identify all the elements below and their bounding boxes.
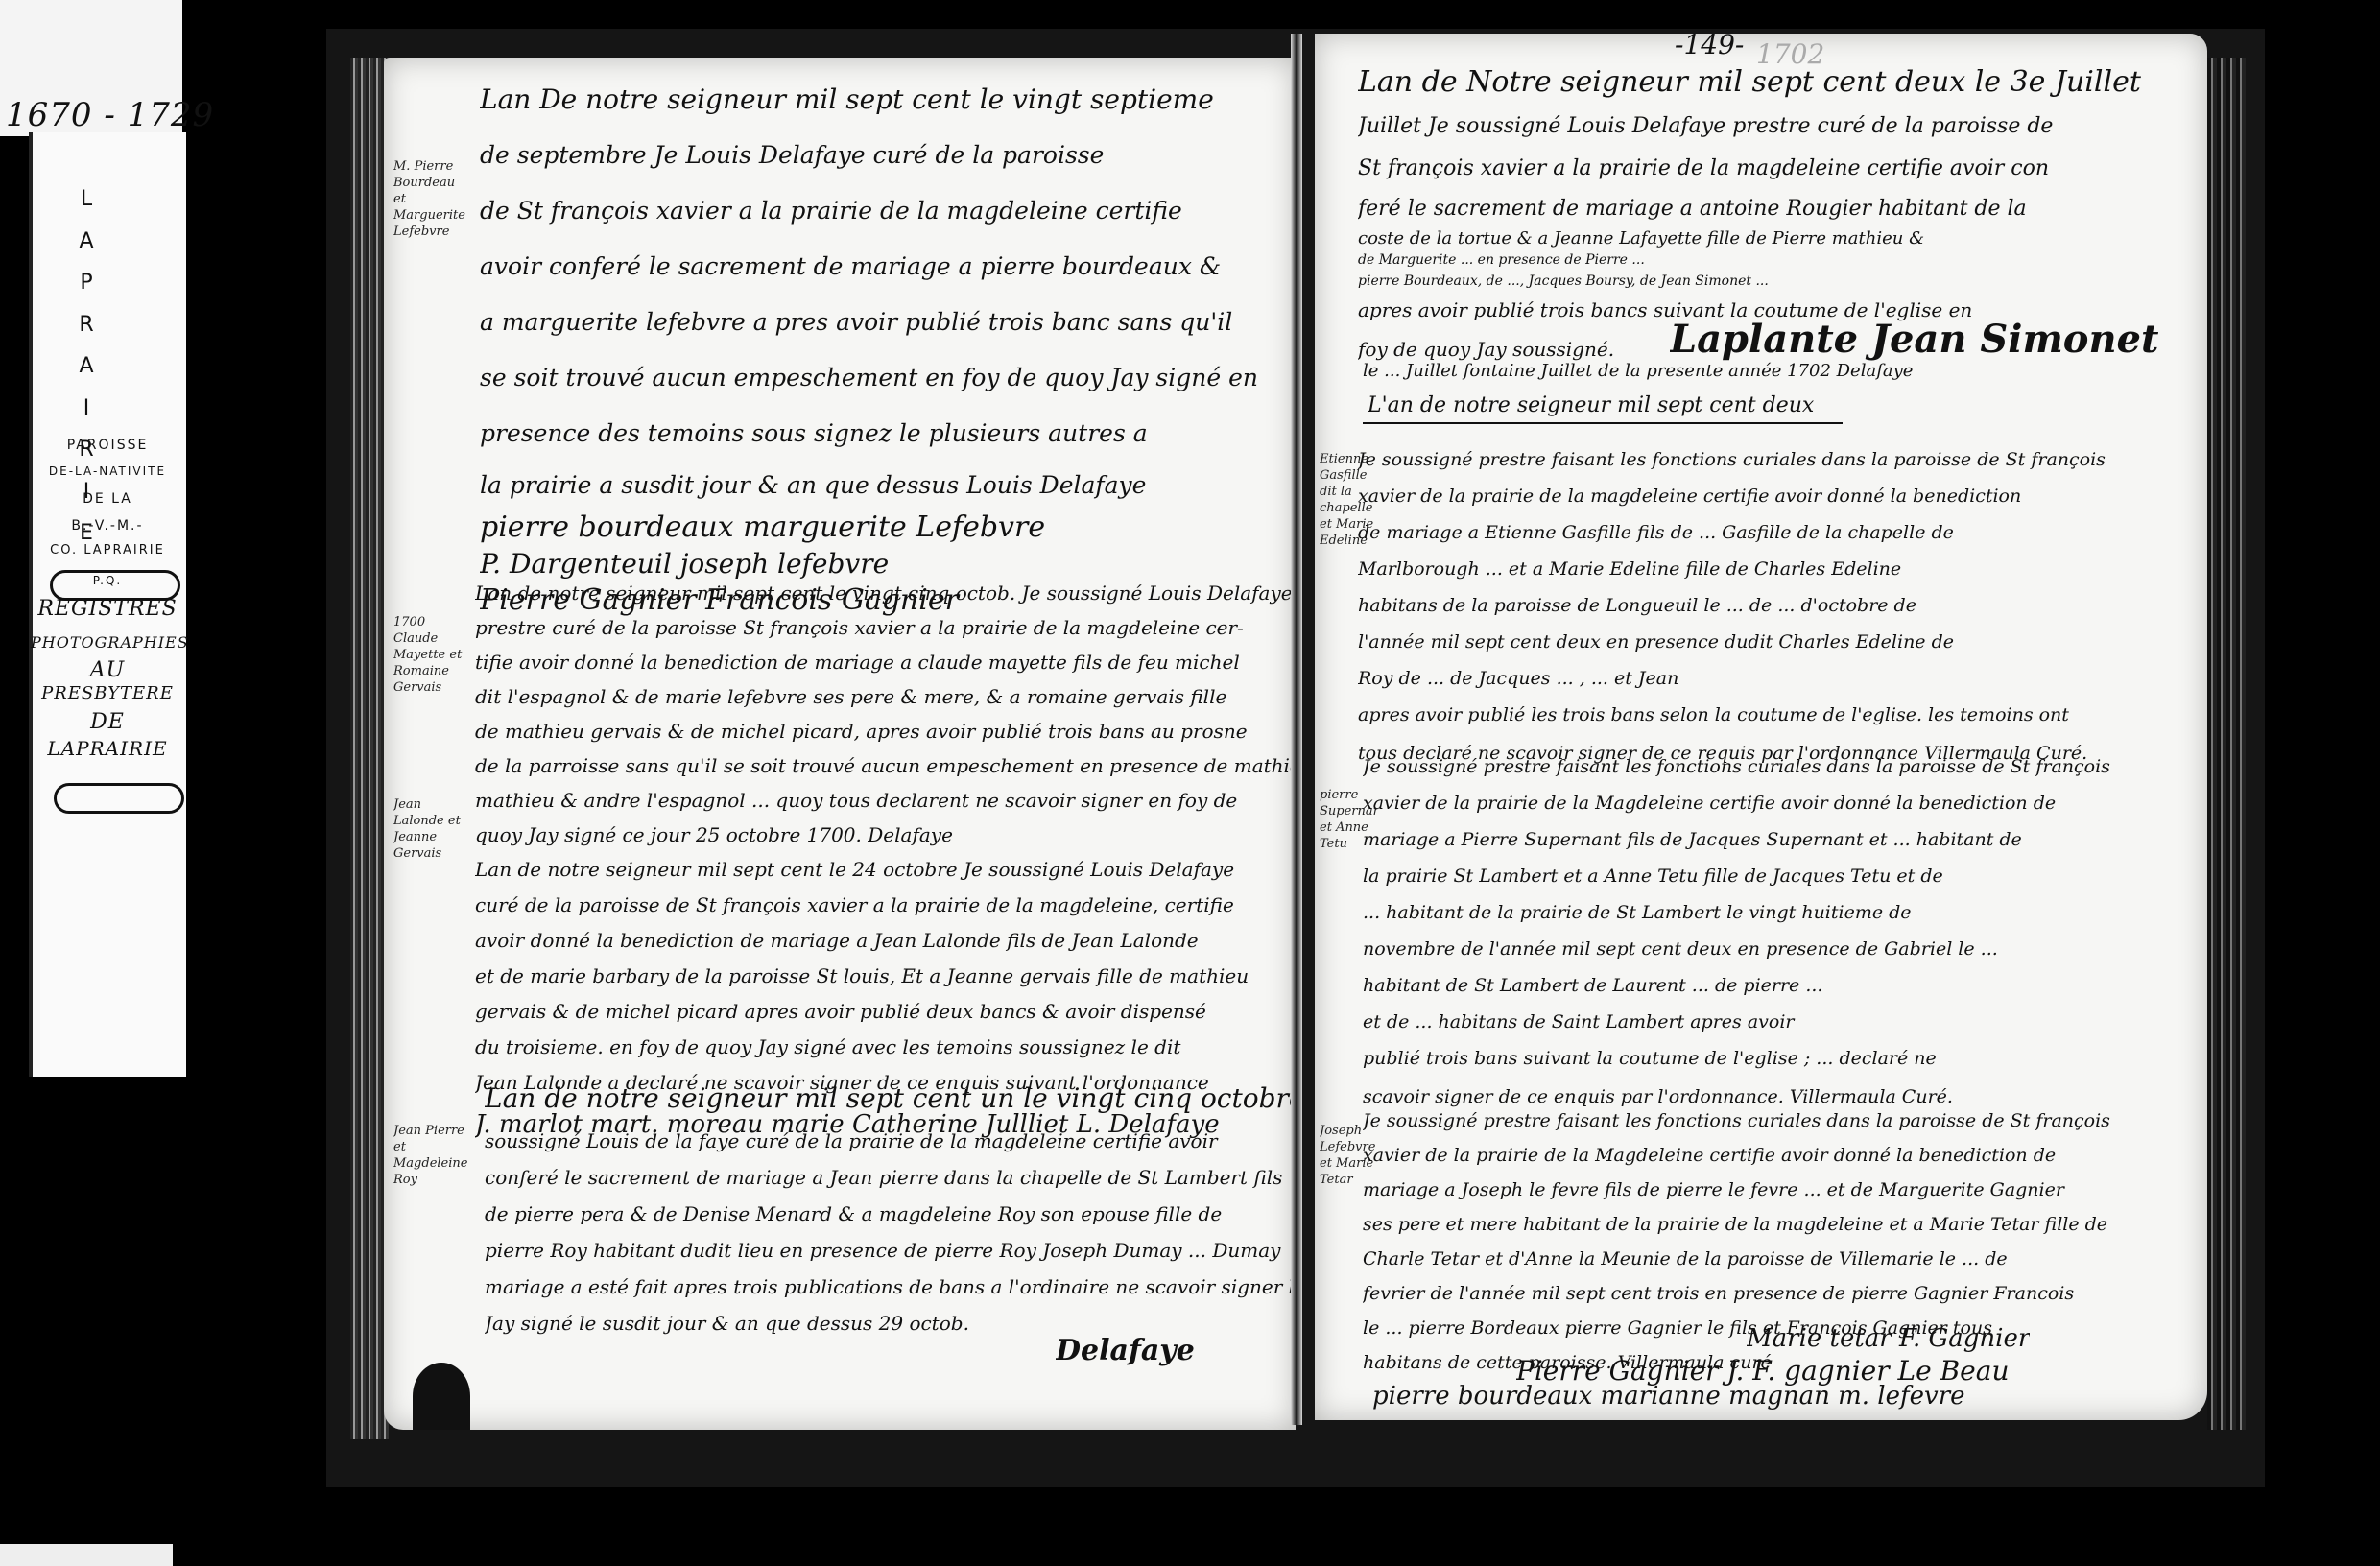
text-line: mariage a Joseph le fevre fils de pierre…	[1363, 1173, 2207, 1207]
divider	[1363, 422, 1843, 424]
text-line: presence des temoins sous signez le plus…	[480, 406, 1286, 462]
text-line: Je soussigné prestre faisant les fonctio…	[1363, 1103, 2207, 1138]
text-line: pierre Bourdeaux, de ..., Jacques Boursy…	[1358, 271, 2202, 292]
text-line: gervais & de michel picard apres avoir p…	[475, 994, 1291, 1030]
text-line: et de ... habitans de Saint Lambert apre…	[1363, 1004, 2207, 1040]
text-line: Lan de notre seigneur mil sept cent le v…	[475, 576, 1291, 610]
signature: Laplante Jean Simonet	[1670, 317, 2158, 362]
text-line: publié trois bans suivant la coutume de …	[1363, 1040, 2207, 1077]
text-line: habitant de St Lambert de Laurent ... de…	[1363, 967, 2207, 1004]
entry-2: Lan de notre seigneur mil sept cent le v…	[475, 576, 1291, 860]
text-line: Roy de ... de Jacques ... , ... et Jean	[1358, 660, 2202, 697]
text-line: ses pere et mere habitant de la prairie …	[1363, 1207, 2207, 1242]
text-line: de St françois xavier a la prairie de la…	[480, 183, 1286, 239]
text-line: apres avoir publié les trois bans selon …	[1358, 697, 2202, 733]
entry-4: Lan de notre seigneur mil sept cent un l…	[485, 1075, 1291, 1341]
parish-line: DE LA	[31, 491, 184, 507]
text-line: prestre curé de la paroisse St françois …	[475, 610, 1291, 645]
parish-line: CO. LAPRAIRIE	[31, 543, 184, 558]
margin-note: M. Pierre Bourdeau et Marguerite Lefebvr…	[393, 158, 468, 240]
title-letter: A	[79, 345, 93, 388]
text-line: Lan De notre seigneur mil sept cent le v…	[480, 72, 1286, 128]
text-line: Je soussigné prestre faisant les fonctio…	[1358, 441, 2202, 478]
text-line: soussigné Louis de la faye curé de la pr…	[485, 1123, 1291, 1159]
title-letter: P	[80, 262, 92, 304]
page-number: -149-	[1675, 29, 1744, 60]
text-line: de septembre Je Louis Delafaye curé de l…	[480, 128, 1286, 183]
signature: Delafaye	[1056, 1334, 1195, 1367]
text-line: Lan de notre seigneur mil sept cent le 2…	[475, 852, 1291, 888]
registry-line: PRESBYTERE	[31, 683, 184, 703]
text-line: pierre Roy habitant dudit lieu en presen…	[485, 1232, 1291, 1269]
registry-line: LAPRAIRIE	[31, 737, 184, 760]
text-line: coste de la tortue & a Jeanne Lafayette …	[1358, 228, 2202, 249]
registry-line: REGISTRES	[31, 597, 184, 621]
page-edges-left	[350, 58, 389, 1439]
text-line: feré le sacrement de mariage a antoine R…	[1358, 190, 2202, 228]
text-line: mariage a Pierre Supernant fils de Jacqu…	[1363, 821, 2207, 858]
signature-line: pierre bourdeaux marianne magnan m. lefe…	[1372, 1382, 1965, 1411]
margin-note: Jean Pierre et Magdeleine Roy	[393, 1123, 468, 1188]
text-line: Je soussigné prestre faisant les fonctio…	[1363, 748, 2207, 785]
entry-2: Je soussigné prestre faisant les fonctio…	[1358, 441, 2202, 773]
label-strip-fragment	[0, 1544, 173, 1566]
paperclip-icon	[54, 783, 184, 814]
text-line: de mathieu gervais & de michel picard, a…	[475, 714, 1291, 748]
entry-1: Lan De notre seigneur mil sept cent le v…	[480, 72, 1286, 619]
text-line: de Marguerite ... en presence de Pierre …	[1358, 249, 2202, 271]
text-line: mariage a esté fait apres trois publicat…	[485, 1269, 1291, 1305]
text-line: Charle Tetar et d'Anne la Meunie de la p…	[1363, 1242, 2207, 1276]
binding-hole	[413, 1363, 470, 1430]
title-letter: L	[81, 178, 92, 221]
text-line: Lan de notre seigneur mil sept cent un l…	[485, 1075, 1291, 1123]
text-line: fevrier de l'année mil sept cent trois e…	[1363, 1276, 2207, 1311]
text-line: l'année mil sept cent deux en presence d…	[1358, 624, 2202, 660]
registry-line: PHOTOGRAPHIES	[31, 633, 184, 652]
margin-note: Jean Lalonde et Jeanne Gervais	[393, 796, 468, 862]
text-line: la prairie a susdit jour & an que dessus…	[480, 462, 1286, 510]
parish-line: B.-V.-M.-	[31, 518, 184, 534]
text-line: du troisieme. en foy de quoy Jay signé a…	[475, 1030, 1291, 1065]
text-line: de pierre pera & de Denise Menard & a ma…	[485, 1196, 1291, 1232]
text-line: Juillet Je soussigné Louis Delafaye pres…	[1358, 106, 2202, 148]
parish-line: DE-LA-NATIVITE	[31, 464, 184, 478]
title-letter: R	[79, 304, 93, 346]
text-line: a marguerite lefebvre a pres avoir publi…	[480, 295, 1286, 350]
text-line: tifie avoir donné la benediction de mari…	[475, 645, 1291, 679]
parish-line: PAROISSE	[31, 438, 184, 453]
text-line: de la parroisse sans qu'il se soit trouv…	[475, 748, 1291, 783]
parish-line: P.Q.	[31, 574, 184, 587]
text-line: novembre de l'année mil sept cent deux e…	[1363, 931, 2207, 967]
text-line: mathieu & andre l'espagnol ... quoy tous…	[475, 783, 1291, 818]
registry-line: DE	[31, 710, 184, 734]
entry-3: Je soussigné prestre faisant les fonctio…	[1363, 748, 2207, 1117]
text-line: dit l'espagnol & de marie lefebvre ses p…	[475, 679, 1291, 714]
text-line: xavier de la prairie de la Magdeleine ce…	[1363, 785, 2207, 821]
entry-heading: L'an de notre seigneur mil sept cent deu…	[1368, 393, 1814, 417]
text-line: xavier de la prairie de la magdeleine ce…	[1358, 478, 2202, 514]
text-line: se soit trouvé aucun empeschement en foy…	[480, 350, 1286, 406]
text-line: ... habitant de la prairie de St Lambert…	[1363, 894, 2207, 931]
text-line: et de marie barbary de la paroisse St lo…	[475, 959, 1291, 994]
text-line: Marlborough ... et a Marie Edeline fille…	[1358, 551, 2202, 587]
text-line: conferé le sacrement de mariage a Jean p…	[485, 1159, 1291, 1196]
text-line: avoir donné la benediction de mariage a …	[475, 923, 1291, 959]
date-range: 1670 - 1729	[6, 96, 214, 134]
text-line: de mariage a Etienne Gasfille fils de ..…	[1358, 514, 2202, 551]
text-line: xavier de la prairie de la Magdeleine ce…	[1363, 1138, 2207, 1173]
book-gutter	[1291, 34, 1302, 1425]
text-line: le ... Juillet fontaine Juillet de la pr…	[1363, 361, 2207, 381]
signature-line: pierre bourdeaux marguerite Lefebvre	[480, 510, 1286, 546]
text-line: St françois xavier a la prairie de la ma…	[1358, 148, 2202, 190]
title-letter: I	[83, 388, 90, 430]
text-line: curé de la paroisse de St françois xavie…	[475, 888, 1291, 923]
signature-line: Marie tetar F. Gagnier	[1747, 1324, 2030, 1353]
text-line: Lan de Notre seigneur mil sept cent deux…	[1358, 59, 2202, 106]
text-line: la prairie St Lambert et a Anne Tetu fil…	[1363, 858, 2207, 894]
registry-line: AU	[31, 658, 184, 682]
title-letter: A	[79, 221, 93, 263]
text-line: habitans de la paroisse de Longueuil le …	[1358, 587, 2202, 624]
page-edges-right	[2207, 58, 2246, 1430]
margin-note: 1700 Claude Mayette et Romaine Gervais	[393, 614, 468, 696]
text-line: avoir conferé le sacrement de mariage a …	[480, 239, 1286, 295]
